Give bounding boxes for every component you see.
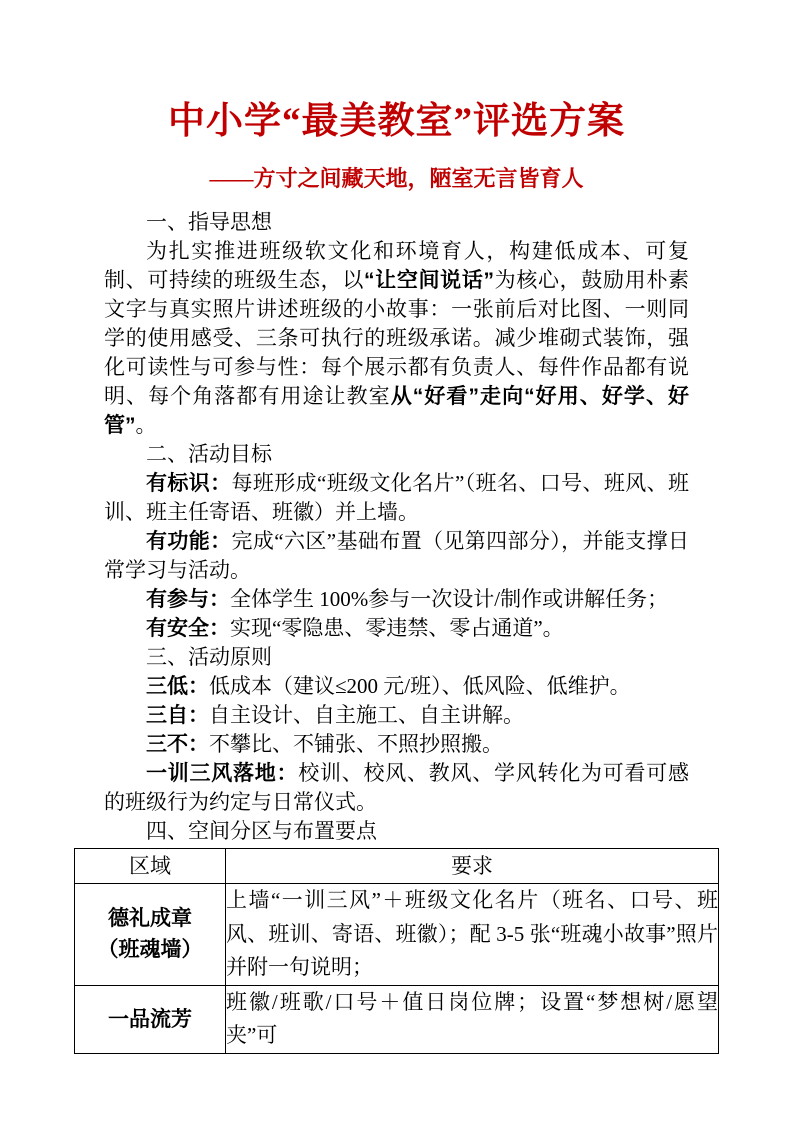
paragraph: 有安全：实现“零隐患、零违禁、零占通道”。: [104, 614, 689, 643]
section-heading: 一、指导思想: [104, 208, 689, 237]
zone-requirement-cell: 班徽/班歌/口号＋值日岗位牌；设置“梦想树/愿望夹”可: [226, 985, 719, 1053]
text-run: 实现“零隐患、零违禁、零占通道”。: [230, 616, 564, 640]
paragraph: 有功能：完成“六区”基础布置（见第四部分），并能支撑日常学习与活动。: [104, 527, 689, 585]
zone-name-cell: 德礼成章（班魂墙）: [75, 884, 226, 986]
doc-subtitle: ——方寸之间藏天地，陋室无言皆育人: [0, 164, 793, 194]
emphasis-run: 一训三风落地：: [146, 761, 298, 785]
zone-name-line: 一品流芳: [75, 1004, 225, 1035]
zone-name-line: （班魂墙）: [75, 934, 225, 965]
zones-table: 区域 要求 德礼成章（班魂墙）上墙“一训三风”＋班级文化名片（班名、口号、班风、…: [74, 848, 719, 1054]
paragraph: 一训三风落地：校训、校风、教风、学风转化为可看可感的班级行为约定与日常仪式。: [104, 759, 689, 817]
text-run: 一、指导思想: [146, 210, 272, 234]
zone-name-cell: 一品流芳: [75, 985, 226, 1053]
emphasis-run: 有标识：: [146, 471, 232, 495]
zones-table-body: 德礼成章（班魂墙）上墙“一训三风”＋班级文化名片（班名、口号、班风、班训、寄语、…: [75, 884, 719, 1054]
paragraph: 三不：不攀比、不铺张、不照抄照搬。: [104, 730, 689, 759]
emphasis-run: “让空间说话”: [364, 269, 494, 292]
paragraph: 有参与：全体学生 100%参与一次设计/制作或讲解任务；: [104, 585, 689, 614]
zone-name-line: 德礼成章: [75, 903, 225, 934]
paragraph: 三低：低成本（建议≤200 元/班）、低风险、低维护。: [104, 672, 689, 701]
text-run: 。: [136, 413, 157, 437]
emphasis-run: 有功能：: [146, 529, 232, 553]
text-run: 四、空间分区与布置要点: [146, 819, 377, 843]
emphasis-run: 有参与：: [146, 587, 230, 611]
emphasis-run: 有安全：: [146, 616, 230, 640]
text-run: 自主设计、自主施工、自主讲解。: [209, 703, 524, 727]
text-run: 低成本（建议≤200 元/班）、低风险、低维护。: [209, 674, 631, 698]
table-header-zone: 区域: [75, 849, 226, 884]
text-run: 三、活动原则: [146, 645, 272, 669]
text-run: 全体学生 100%参与一次设计/制作或讲解任务；: [230, 587, 668, 611]
section-heading: 三、活动原则: [104, 643, 689, 672]
table-row: 一品流芳班徽/班歌/口号＋值日岗位牌；设置“梦想树/愿望夹”可: [75, 985, 719, 1053]
emphasis-run: 三不：: [146, 732, 209, 756]
table-header-requirement: 要求: [226, 849, 719, 884]
emphasis-run: 三低：: [146, 674, 209, 698]
paragraph: 有标识：每班形成“班级文化名片”（班名、口号、班风、班训、班主任寄语、班徽）并上…: [104, 469, 689, 527]
table-header-row: 区域 要求: [75, 849, 719, 884]
text-run: 二、活动目标: [146, 442, 272, 466]
table-row: 德礼成章（班魂墙）上墙“一训三风”＋班级文化名片（班名、口号、班风、班训、寄语、…: [75, 884, 719, 986]
section-heading: 四、空间分区与布置要点: [104, 817, 689, 846]
text-run: 不攀比、不铺张、不照抄照搬。: [209, 732, 503, 756]
emphasis-run: 三自：: [146, 703, 209, 727]
doc-body: 一、指导思想为扎实推进班级软文化和环境育人，构建低成本、可复制、可持续的班级生态…: [104, 208, 689, 846]
paragraph: 三自：自主设计、自主施工、自主讲解。: [104, 701, 689, 730]
document-page: 中小学“最美教室”评选方案 ——方寸之间藏天地，陋室无言皆育人 一、指导思想为扎…: [0, 0, 793, 1122]
paragraph: 为扎实推进班级软文化和环境育人，构建低成本、可复制、可持续的班级生态，以“让空间…: [104, 237, 689, 440]
zone-requirement-cell: 上墙“一训三风”＋班级文化名片（班名、口号、班风、班训、寄语、班徽）；配 3-5…: [226, 884, 719, 986]
section-heading: 二、活动目标: [104, 440, 689, 469]
doc-title: 中小学“最美教室”评选方案: [0, 96, 793, 148]
